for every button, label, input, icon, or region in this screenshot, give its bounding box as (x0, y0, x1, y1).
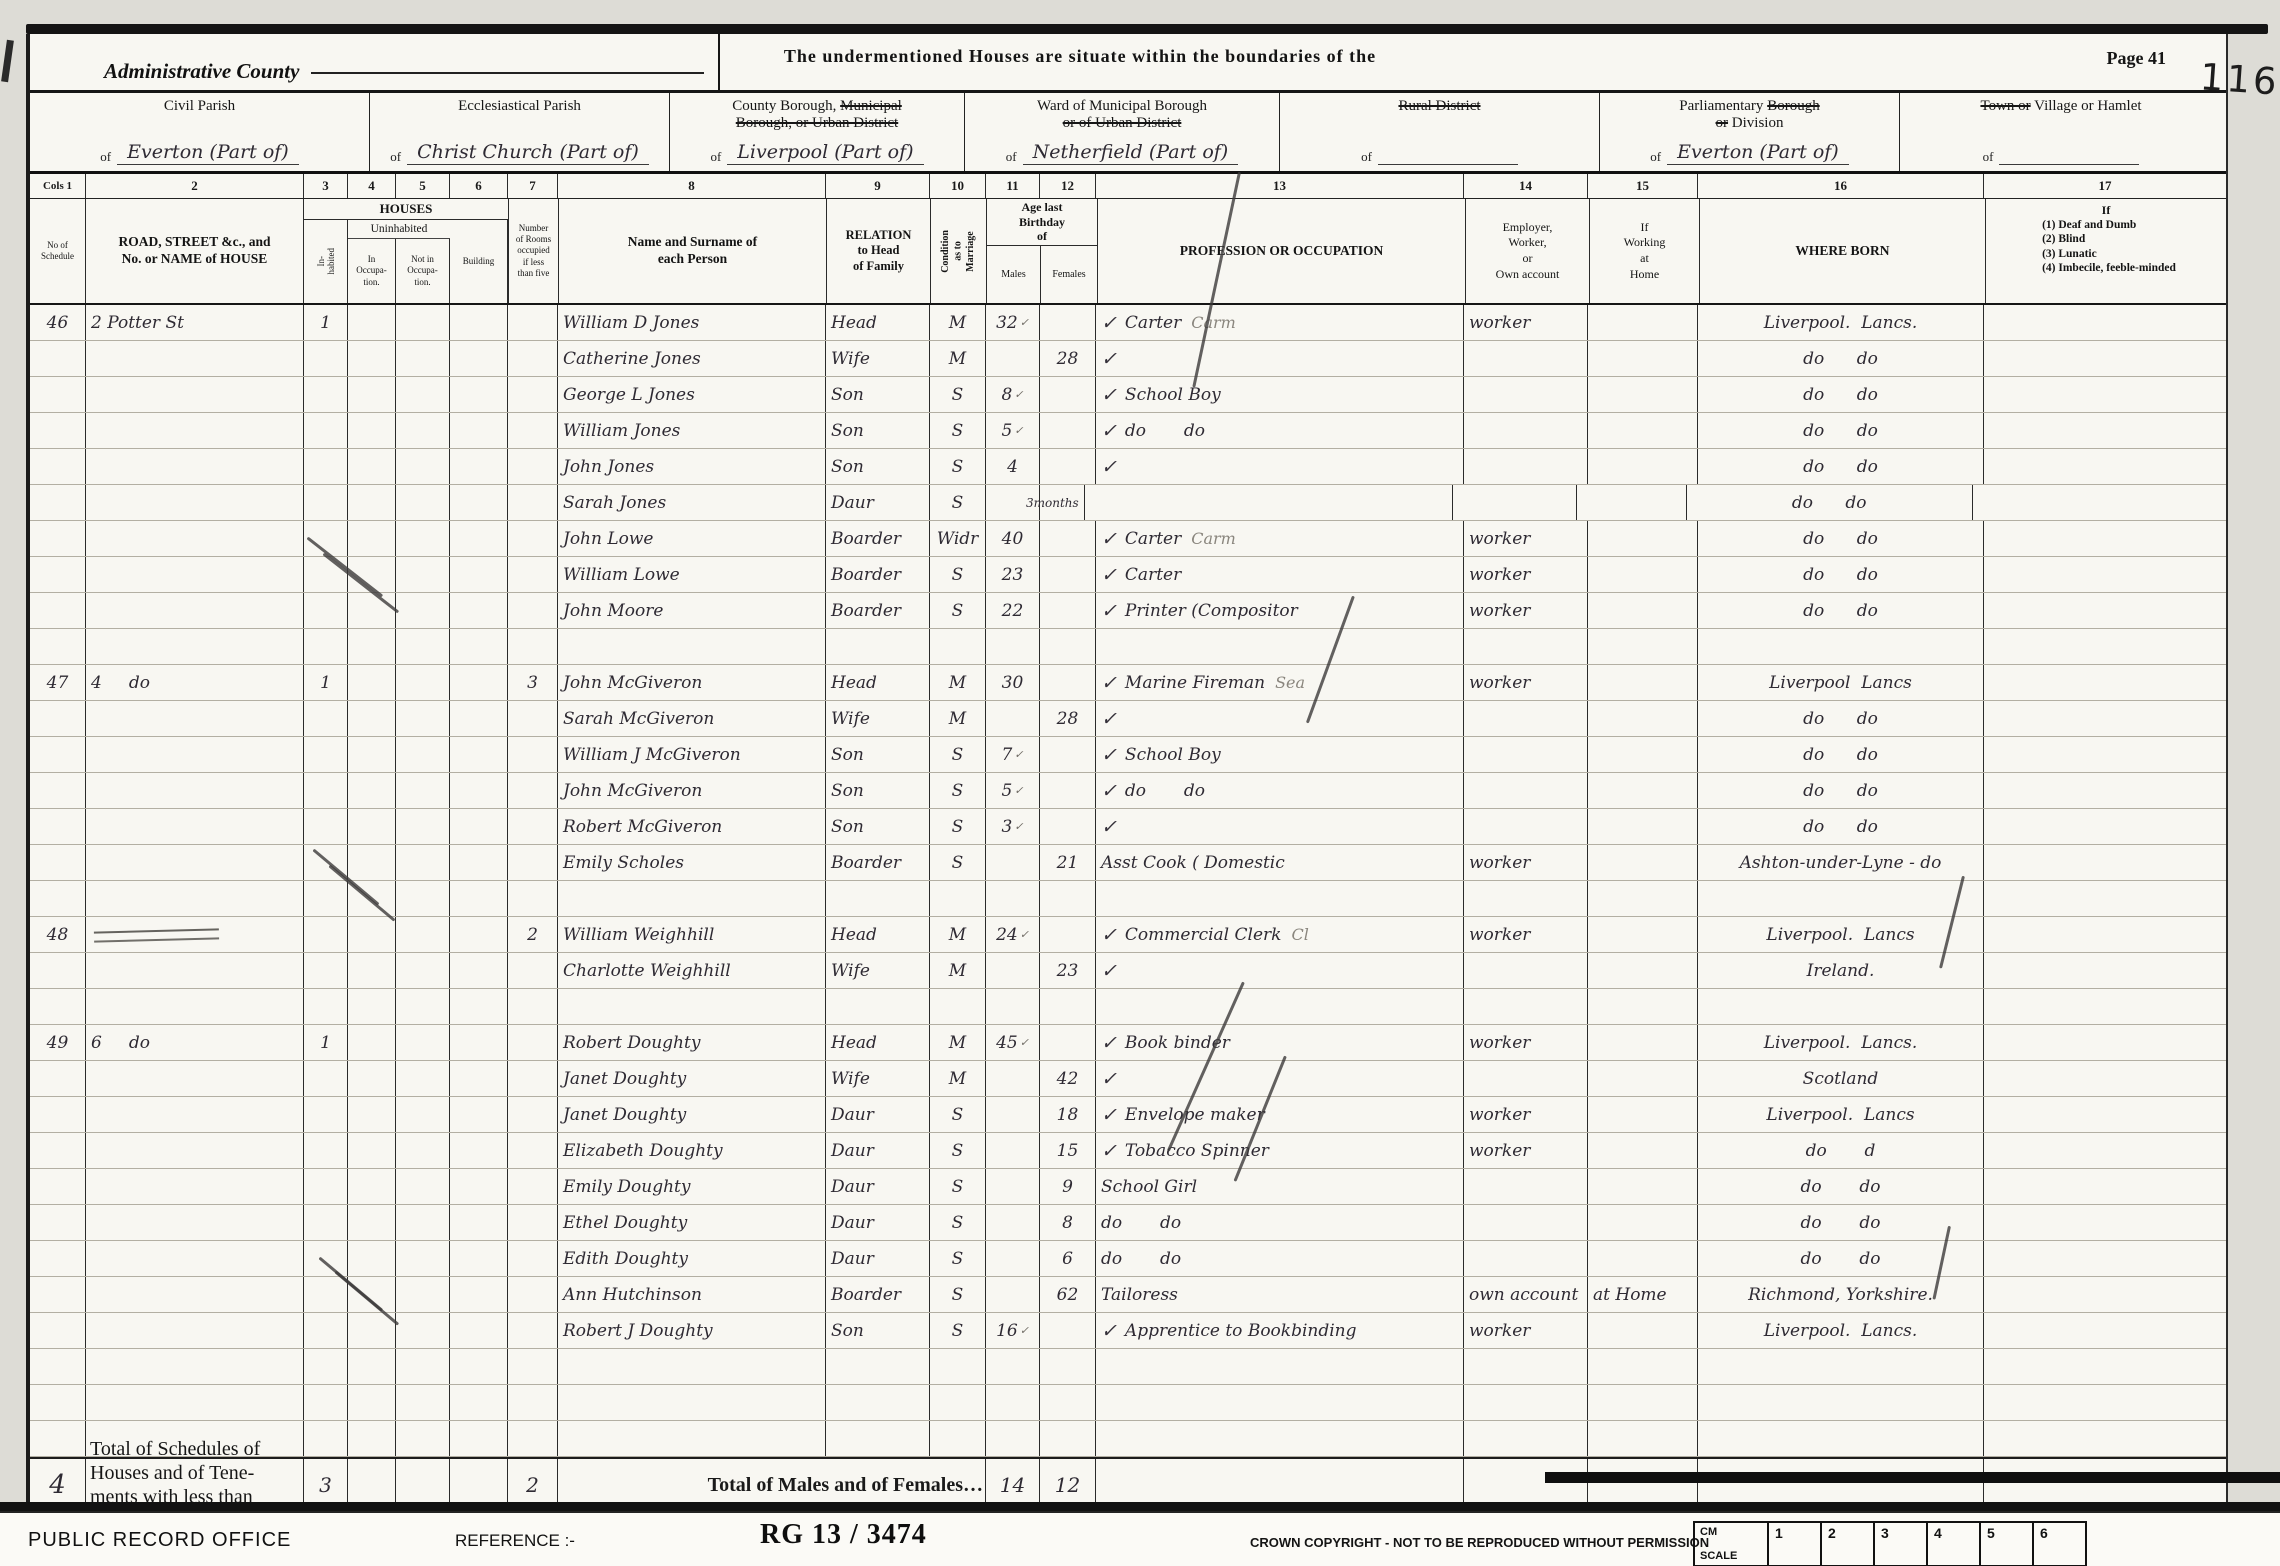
cell-name: George L Jones (558, 377, 826, 412)
cell-inh: 1 (304, 665, 348, 700)
cell-ageF: 6 (1040, 1241, 1096, 1276)
cell-ageF (1040, 377, 1096, 412)
cell-addr (86, 1385, 304, 1420)
col-number: 7 (508, 174, 558, 198)
cell-home: at Home (1588, 1277, 1698, 1312)
cell-ageM: 24✓ (986, 917, 1040, 952)
pencil-annotation: Carm (1191, 529, 1236, 548)
cell-ageF (1040, 809, 1096, 844)
cell-notocc (396, 845, 450, 880)
cell-inh (304, 881, 348, 916)
cell-born: Liverpool. Lancs. (1698, 305, 1984, 340)
public-record-office-label: PUBLIC RECORD OFFICE (28, 1529, 291, 1552)
cell-home (1588, 341, 1698, 376)
cell-bldg (450, 593, 508, 628)
cell-ageM (986, 845, 1040, 880)
cell-inf (1984, 809, 2226, 844)
cell-bldg (450, 917, 508, 952)
cell-inocc (348, 521, 396, 556)
cell-addr (86, 485, 304, 520)
cell-rooms (508, 1025, 558, 1060)
cell-inf (1984, 413, 2226, 448)
cell-inf (1984, 1205, 2226, 1240)
col-number: 13 (1096, 174, 1464, 198)
top-band: Administrative County The undermentioned… (30, 34, 2226, 93)
cell-addr (86, 737, 304, 772)
cell-inocc (348, 773, 396, 808)
cell-occ: School Girl (1096, 1169, 1464, 1204)
cell-bldg (450, 773, 508, 808)
cell-inocc (348, 665, 396, 700)
cell-addr (86, 1349, 304, 1384)
cell-addr (86, 1169, 304, 1204)
cell-ageF (1040, 773, 1096, 808)
cell-born (1698, 629, 1984, 664)
cell-ageF (1040, 413, 1096, 448)
cell-ageM: 40 (986, 521, 1040, 556)
cell-inh (304, 413, 348, 448)
scan-artifact-bar (1545, 1472, 2280, 1483)
cell-sched (30, 845, 86, 880)
col-number: 5 (396, 174, 450, 198)
person-row: Robert McGiveronSonS3✓✓do do (30, 809, 2226, 845)
district-5: Rural Districtof (1280, 93, 1600, 171)
person-row: William LoweBoarderS23✓Carterworkerdo do (30, 557, 2226, 593)
blank-row (30, 629, 2226, 665)
cell-home (1588, 953, 1698, 988)
cell-home (1588, 1385, 1698, 1420)
cell-ageM: 4 (986, 449, 1040, 484)
cell-name: William Lowe (558, 557, 826, 592)
cell-born: Liverpool. Lancs. (1698, 1025, 1984, 1060)
cell-ageM (986, 1241, 1040, 1276)
cell-ageM (986, 341, 1040, 376)
cell-rel: Boarder (826, 1277, 930, 1312)
cell-rel (826, 1349, 930, 1384)
cell-inh (304, 449, 348, 484)
check-mark: ✓ (1101, 780, 1117, 802)
cell-emp (1464, 629, 1588, 664)
person-row: Janet DoughtyWifeM42✓Scotland (30, 1061, 2226, 1097)
cell-sched (30, 773, 86, 808)
cell-inh (304, 701, 348, 736)
scale-unit-box: CM SCALE (1693, 1521, 1769, 1566)
cell-bldg (450, 881, 508, 916)
col-number: 10 (930, 174, 986, 198)
cell-bldg (450, 1313, 508, 1348)
cell-inf (1984, 1097, 2226, 1132)
cell-home (1588, 701, 1698, 736)
cell-name: Sarah McGiveron (558, 701, 826, 736)
district-1: Civil ParishofEverton (Part of) (30, 93, 370, 171)
cell-rooms (508, 413, 558, 448)
cell-inh (304, 1385, 348, 1420)
cell-inh (304, 629, 348, 664)
cell-inocc (348, 1241, 396, 1276)
cell-emp: worker (1464, 845, 1588, 880)
cell-addr (86, 773, 304, 808)
census-sheet: Administrative County The undermentioned… (26, 34, 2228, 1548)
header-profession: PROFESSION OR OCCUPATION (1098, 199, 1466, 303)
cell-emp (1464, 989, 1588, 1024)
col-number: Cols 1 (30, 174, 86, 198)
cell-emp (1464, 1421, 1588, 1456)
col-number: 12 (1040, 174, 1096, 198)
cell-notocc (396, 917, 450, 952)
cell-occ: Tailoress (1096, 1277, 1464, 1312)
cell-ageF (1040, 917, 1096, 952)
check-mark: ✓ (1014, 784, 1023, 797)
cell-name (558, 1421, 826, 1456)
cell-born: do do (1698, 593, 1984, 628)
cell-born (1698, 989, 1984, 1024)
cell-rooms (508, 1205, 558, 1240)
person-row: William J McGiveronSonS7✓✓School Boydo d… (30, 737, 2226, 773)
cell-notocc (396, 1061, 450, 1096)
cell-addr: 4 do (86, 665, 304, 700)
cell-notocc (396, 989, 450, 1024)
page-number: Page 41 (2107, 48, 2166, 69)
cell-occ (1096, 1385, 1464, 1420)
header-uninhabited-group: Uninhabited In Occupa- tion. Not in Occu… (348, 220, 450, 303)
col-number: 3 (304, 174, 348, 198)
cell-rel (826, 881, 930, 916)
col-number: 16 (1698, 174, 1984, 198)
cell-cond: M (930, 1025, 986, 1060)
cell-sched (30, 1277, 86, 1312)
cell-ageF (1040, 989, 1096, 1024)
cell-cond (930, 881, 986, 916)
cell-occ: ✓do do (1096, 413, 1464, 448)
cell-notocc (396, 1025, 450, 1060)
col-number: 8 (558, 174, 826, 198)
check-mark: ✓ (1101, 564, 1117, 586)
cell-emp (1464, 809, 1588, 844)
cell-inocc (348, 1133, 396, 1168)
district-4: Ward of Municipal Boroughor of Urban Dis… (965, 93, 1280, 171)
district-value: Netherfield (Part of) (1023, 141, 1239, 165)
cell-rel: Wife (826, 953, 930, 988)
cell-notocc (396, 1313, 450, 1348)
cell-ageM (986, 1205, 1040, 1240)
pencil-annotation: Carm (1191, 313, 1236, 332)
cell-bldg (450, 1277, 508, 1312)
cell-addr (86, 341, 304, 376)
cell-sched (30, 449, 86, 484)
cell-notocc (396, 665, 450, 700)
cell-ageF (1040, 1313, 1096, 1348)
cell-emp (1464, 1061, 1588, 1096)
cell-rooms (508, 701, 558, 736)
cell-rooms (508, 1385, 558, 1420)
cell-addr (86, 413, 304, 448)
cell-home (1588, 449, 1698, 484)
cell-inocc (348, 1025, 396, 1060)
cell-ageF (1040, 1025, 1096, 1060)
cell-name: Elizabeth Doughty (558, 1133, 826, 1168)
cell-born: Liverpool. Lancs. (1698, 1313, 1984, 1348)
cell-notocc (396, 1133, 450, 1168)
col-number: 15 (1588, 174, 1698, 198)
cell-notocc (396, 305, 450, 340)
cell-inh (304, 341, 348, 376)
cell-sched (30, 521, 86, 556)
cell-inocc (348, 809, 396, 844)
check-mark: ✓ (1101, 384, 1117, 406)
cell-ageM: 30 (986, 665, 1040, 700)
cell-sched (30, 881, 86, 916)
cell-rooms (508, 1133, 558, 1168)
cell-inocc (348, 377, 396, 412)
cell-sched (30, 1421, 86, 1456)
cell-inh: 1 (304, 1025, 348, 1060)
cell-rooms (508, 485, 558, 520)
cell-sched (30, 1205, 86, 1240)
cell-rooms (508, 1097, 558, 1132)
cell-inocc (348, 1277, 396, 1312)
cell-bldg (450, 485, 508, 520)
cell-born: do do (1698, 377, 1984, 412)
cell-born: do do (1698, 341, 1984, 376)
cell-rooms (508, 1277, 558, 1312)
cell-home (1588, 881, 1698, 916)
cell-bldg (450, 845, 508, 880)
cell-ageM: 8✓ (986, 377, 1040, 412)
person-row: George L JonesSonS8✓✓School Boydo do (30, 377, 2226, 413)
cell-bldg (450, 1133, 508, 1168)
cell-emp: worker (1464, 521, 1588, 556)
cell-name (558, 1385, 826, 1420)
cell-home (1588, 305, 1698, 340)
check-mark: ✓ (1101, 528, 1117, 550)
cell-ageM (986, 989, 1040, 1024)
district-value (1999, 163, 2139, 165)
cell-inh (304, 917, 348, 952)
scan-top-edge (26, 24, 2268, 34)
cell-born: do do (1698, 809, 1984, 844)
cell-rel (826, 1385, 930, 1420)
cell-name: Janet Doughty (558, 1061, 826, 1096)
cell-rel (826, 989, 930, 1024)
cell-addr (86, 989, 304, 1024)
cell-notocc (396, 1205, 450, 1240)
district-band: Civil ParishofEverton (Part of)Ecclesias… (30, 93, 2226, 174)
cell-home (1588, 1097, 1698, 1132)
cell-home (1588, 1205, 1698, 1240)
cell-born: Ashton-under-Lyne - do (1698, 845, 1984, 880)
cell-inocc (348, 953, 396, 988)
blank-row (30, 1421, 2226, 1457)
cell-rel: Head (826, 665, 930, 700)
scanned-census-page: Administrative County The undermentioned… (0, 0, 2280, 1566)
cell-occ (1085, 485, 1453, 520)
cell-rooms (508, 521, 558, 556)
person-row: 462 Potter St1William D JonesHeadM32✓✓Ca… (30, 305, 2226, 341)
cell-notocc (396, 1349, 450, 1384)
cell-inocc (348, 1349, 396, 1384)
cell-inh (304, 1313, 348, 1348)
cell-name (558, 989, 826, 1024)
cell-cond: S (930, 413, 986, 448)
cell-ageM (986, 1277, 1040, 1312)
cell-cond: S (930, 593, 986, 628)
cell-notocc (396, 1169, 450, 1204)
cell-bldg (450, 1241, 508, 1276)
cell-rooms (508, 629, 558, 664)
cell-addr (86, 1133, 304, 1168)
cell-inocc (348, 305, 396, 340)
cell-occ: ✓Marine FiremanSea (1096, 665, 1464, 700)
district-value: Liverpool (Part of) (727, 141, 923, 165)
person-row: John MooreBoarderS22✓Printer (Compositor… (30, 593, 2226, 629)
cell-notocc (396, 341, 450, 376)
cell-inh (304, 773, 348, 808)
check-mark: ✓ (1101, 1320, 1117, 1342)
cell-rel: Son (826, 737, 930, 772)
header-employer: Employer, Worker, or Own account (1466, 199, 1590, 303)
cell-ageF: 3months (1026, 485, 1085, 520)
col-number: 17 (1984, 174, 2226, 198)
cell-home (1588, 1349, 1698, 1384)
bottom-rule (0, 1502, 2280, 1511)
check-mark: ✓ (1014, 820, 1023, 833)
cell-cond: M (930, 341, 986, 376)
cell-ageM (986, 1061, 1040, 1096)
cell-inh (304, 1169, 348, 1204)
cell-born: do do (1698, 737, 1984, 772)
district-3: County Borough, MunicipalBorough, or Urb… (670, 93, 965, 171)
cell-inf (1984, 1061, 2226, 1096)
reference-number: RG 13 / 3474 (760, 1519, 927, 1551)
cell-name (558, 1349, 826, 1384)
cell-notocc (396, 1241, 450, 1276)
cell-sched (30, 593, 86, 628)
check-mark: ✓ (1014, 748, 1023, 761)
cell-ageM: 45✓ (986, 1025, 1040, 1060)
cell-home (1588, 629, 1698, 664)
cell-cond: S (930, 557, 986, 592)
cell-home (1588, 1061, 1698, 1096)
cell-emp (1464, 881, 1588, 916)
cell-addr (86, 557, 304, 592)
cell-rel: Boarder (826, 557, 930, 592)
cell-name: Janet Doughty (558, 1097, 826, 1132)
cell-occ: ✓Commercial ClerkCl (1096, 917, 1464, 952)
cell-cond: M (930, 665, 986, 700)
cell-rooms (508, 1349, 558, 1384)
cell-rel (826, 629, 930, 664)
cell-home (1588, 1133, 1698, 1168)
cell-ageF: 62 (1040, 1277, 1096, 1312)
cell-inocc (348, 1169, 396, 1204)
cell-sched (30, 557, 86, 592)
cell-sched (30, 1169, 86, 1204)
cell-ageF: 18 (1040, 1097, 1096, 1132)
cell-cond: M (930, 701, 986, 736)
cell-sched (30, 1349, 86, 1384)
cell-inf (1984, 1133, 2226, 1168)
scale-boxes: 123456 (1769, 1521, 2087, 1566)
check-mark: ✓ (1101, 960, 1117, 982)
cell-sched: 49 (30, 1025, 86, 1060)
cell-sched (30, 809, 86, 844)
cell-addr (86, 521, 304, 556)
cell-occ: ✓Apprentice to Bookbinding (1096, 1313, 1464, 1348)
cell-addr (86, 377, 304, 412)
cell-sched (30, 1241, 86, 1276)
blank-row (30, 1385, 2226, 1421)
header-females: Females (1041, 246, 1097, 303)
cell-ageM: 16✓ (986, 1313, 1040, 1348)
person-row: Robert J DoughtySonS16✓✓Apprentice to Bo… (30, 1313, 2226, 1349)
district-7: Town or Village or Hamletof (1900, 93, 2222, 171)
cell-rel: Daur (826, 1205, 930, 1240)
cell-notocc (396, 521, 450, 556)
cell-bldg (450, 665, 508, 700)
page-stamp: 116 (2199, 55, 2280, 103)
cell-rel: Son (826, 413, 930, 448)
cell-rel: Son (826, 1313, 930, 1348)
cell-emp: worker (1464, 1133, 1588, 1168)
cell-rel: Head (826, 1025, 930, 1060)
cell-home (1577, 485, 1687, 520)
cell-inh (304, 593, 348, 628)
cell-ageF (1040, 557, 1096, 592)
cell-ageF: 9 (1040, 1169, 1096, 1204)
header-houses: HOUSES (304, 199, 508, 220)
person-row: Elizabeth DoughtyDaurS15✓Tobacco Spinner… (30, 1133, 2226, 1169)
cell-inf (1984, 1277, 2226, 1312)
cell-inocc (348, 737, 396, 772)
check-mark: ✓ (1101, 924, 1117, 946)
cell-emp: own account (1464, 1277, 1588, 1312)
cell-inf (1984, 1241, 2226, 1276)
cell-notocc (396, 557, 450, 592)
cell-born: do do (1698, 1169, 1984, 1204)
cell-born: Liverpool. Lancs (1698, 917, 1984, 952)
cell-rel: Son (826, 377, 930, 412)
cell-born (1698, 881, 1984, 916)
cell-home (1588, 773, 1698, 808)
cell-occ (1096, 1421, 1464, 1456)
cell-addr (86, 1061, 304, 1096)
cell-inh (304, 377, 348, 412)
column-numbers-row: Cols 1234567891011121314151617 (30, 174, 2226, 199)
scale-box: 6 (2034, 1521, 2087, 1566)
cell-ageM (986, 701, 1040, 736)
cell-sched (30, 413, 86, 448)
cell-sched (30, 485, 86, 520)
cell-home (1588, 1421, 1698, 1456)
cell-occ: ✓ (1096, 341, 1464, 376)
cell-emp: worker (1464, 1313, 1588, 1348)
cell-name: Charlotte Weighhill (558, 953, 826, 988)
cell-ageM (986, 1421, 1040, 1456)
cell-rooms (508, 989, 558, 1024)
check-mark: ✓ (1101, 708, 1117, 730)
cell-rooms (508, 449, 558, 484)
cell-inh (304, 485, 348, 520)
person-row: Edith DoughtyDaurS6do dodo do (30, 1241, 2226, 1277)
cell-occ: Asst Cook ( Domestic (1096, 845, 1464, 880)
cell-emp (1464, 953, 1588, 988)
cell-rooms (508, 809, 558, 844)
cell-emp (1464, 737, 1588, 772)
cell-inf (1984, 1313, 2226, 1348)
cell-addr (86, 593, 304, 628)
cell-rel: Wife (826, 341, 930, 376)
cell-cond: S (930, 845, 986, 880)
